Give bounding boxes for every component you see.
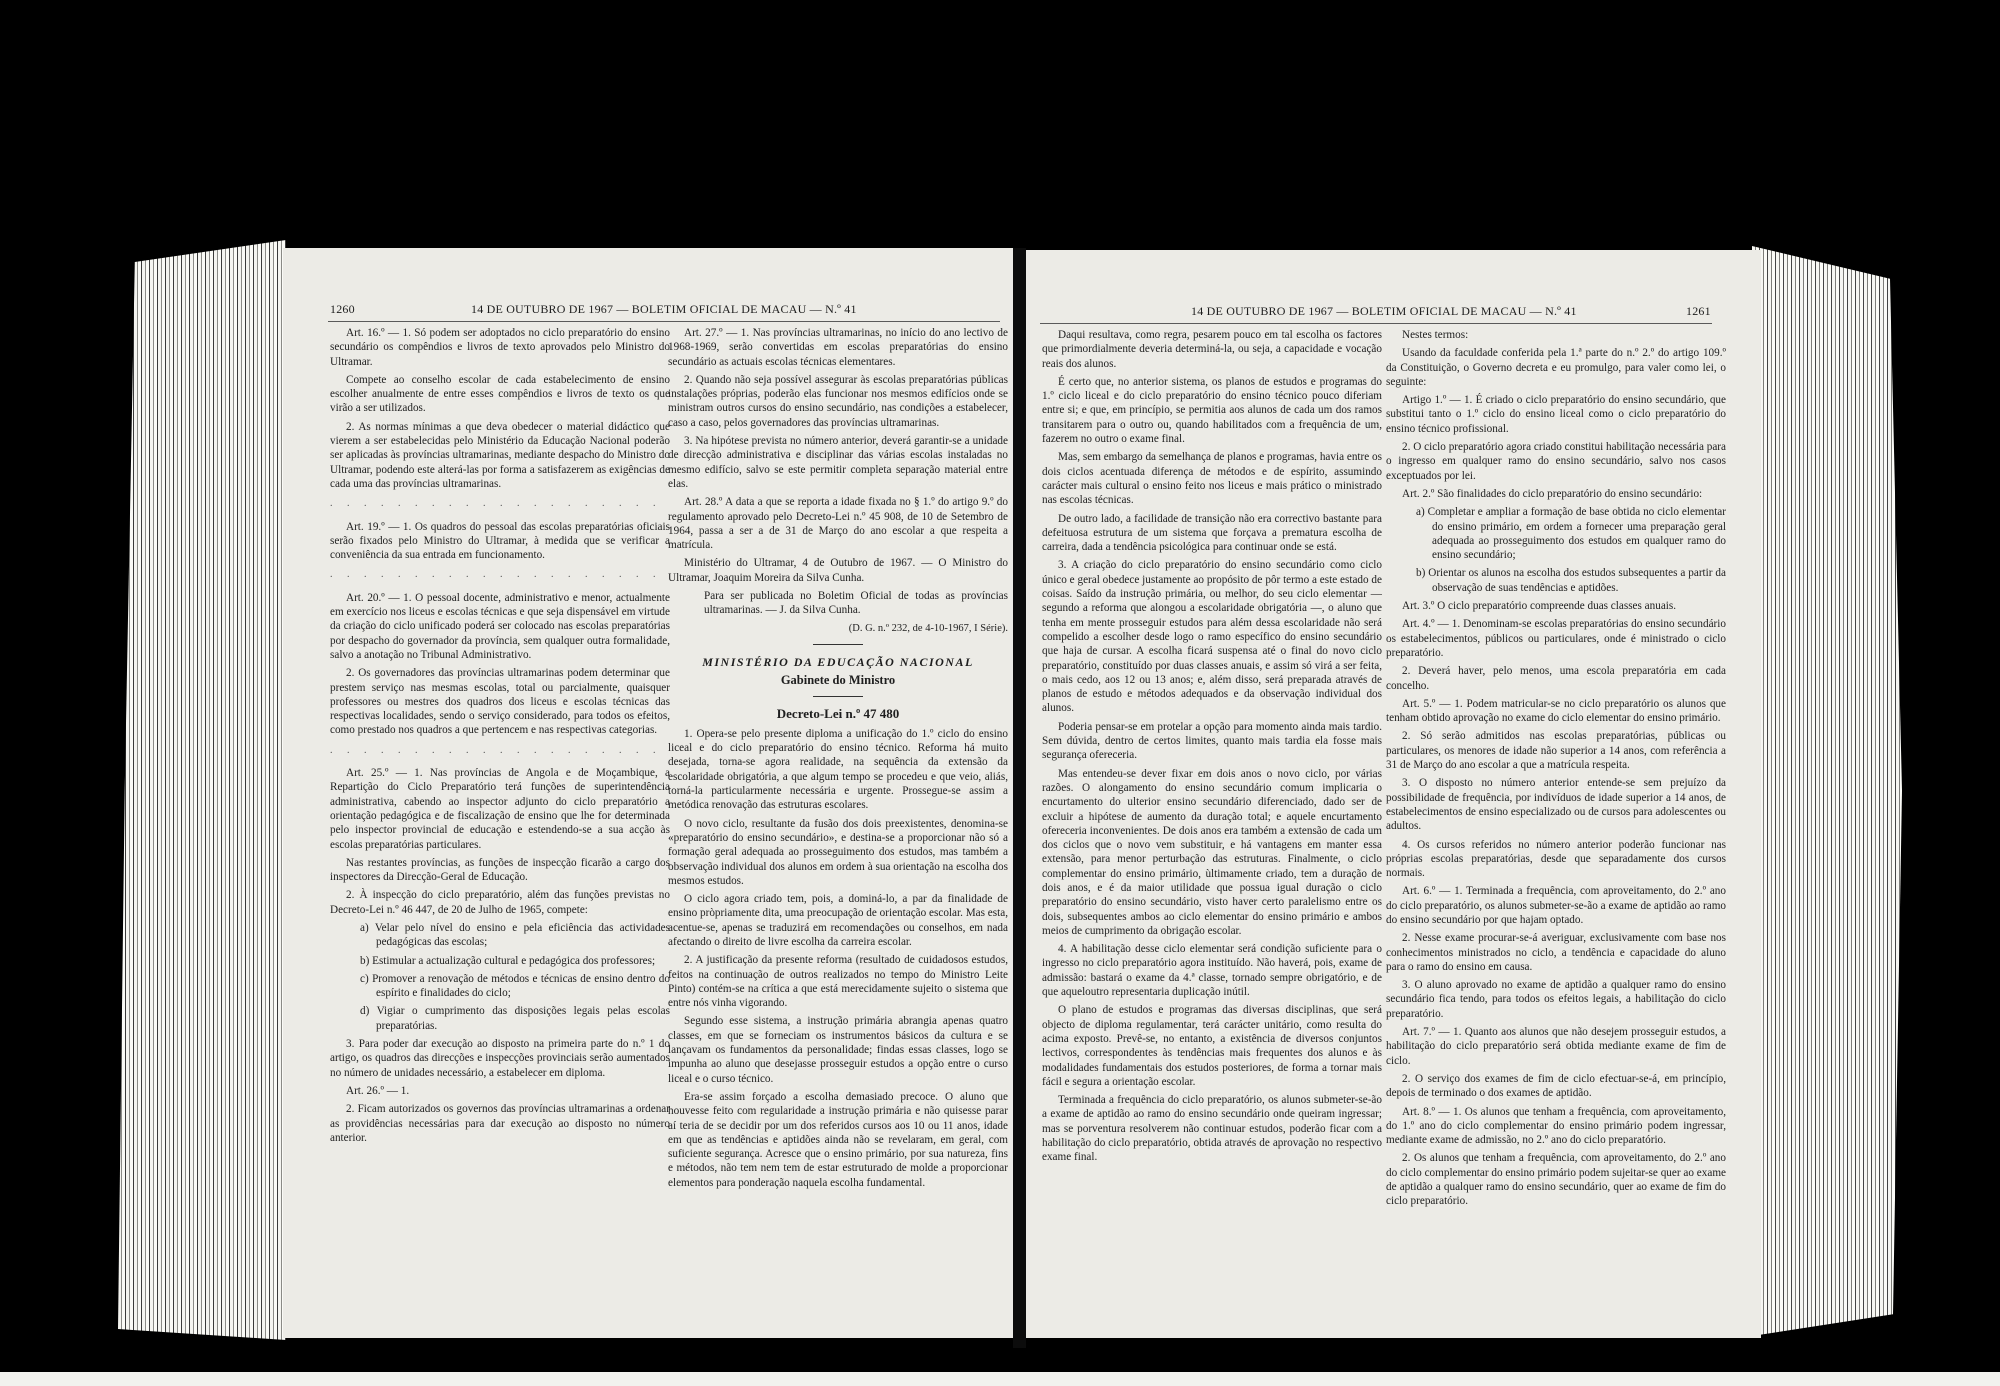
- paragraph: O plano de estudos e programas das diver…: [1042, 1003, 1382, 1089]
- paragraph: Art. 25.º — 1. Nas províncias de Angola …: [330, 766, 670, 852]
- book-gutter: [1013, 248, 1026, 1348]
- book-page-edges-right: [1752, 246, 1902, 1336]
- paragraph: 3. O disposto no número anterior entende…: [1386, 776, 1726, 833]
- paragraph: Mas, sem embargo da semelhança de planos…: [1042, 450, 1382, 507]
- paragraph: Art. 27.º — 1. Nas províncias ultramarin…: [668, 326, 1008, 369]
- header-rule: [328, 321, 1000, 322]
- paragraph: Artigo 1.º — 1. É criado o ciclo prepara…: [1386, 393, 1726, 436]
- paragraph: Art. 28.º A data a que se reporta a idad…: [668, 495, 1008, 552]
- paragraph: Mas entendeu-se dever fixar em dois anos…: [1042, 767, 1382, 939]
- left-page-column-1: Art. 16.º — 1. Só podem ser adoptados no…: [330, 326, 670, 1149]
- paragraph: 2. Ficam autorizados os governos das pro…: [330, 1102, 670, 1145]
- paragraph: Segundo esse sistema, a instrução primár…: [668, 1014, 1008, 1085]
- right-page: 14 DE OUTUBRO DE 1967 — BOLETIM OFICIAL …: [1026, 250, 1761, 1338]
- paragraph: Art. 7.º — 1. Quanto aos alunos que não …: [1386, 1025, 1726, 1068]
- publication-note: Para ser publicada no Boletim Oficial de…: [668, 589, 1008, 618]
- paragraph: 2. Os alunos que tenham a frequência, co…: [1386, 1151, 1726, 1208]
- page-number: 1261: [1686, 304, 1711, 319]
- paragraph: Terminada a frequência do ciclo preparat…: [1042, 1093, 1382, 1164]
- paragraph: Art. 20.º — 1. O pessoal docente, admini…: [330, 591, 670, 662]
- paragraph: Art. 26.º — 1.: [330, 1084, 670, 1098]
- ellipsis-row: . . . . . . . . . . . . . . . . . . . . …: [330, 497, 670, 511]
- paragraph: Usando da faculdade conferida pela 1.ª p…: [1386, 346, 1726, 389]
- right-page-header: 14 DE OUTUBRO DE 1967 — BOLETIM OFICIAL …: [1026, 250, 1761, 286]
- paragraph: 2. À inspecção do ciclo preparatório, al…: [330, 888, 670, 917]
- paragraph: Compete ao conselho escolar de cada esta…: [330, 373, 670, 416]
- paragraph: 2. O ciclo preparatório agora criado con…: [1386, 440, 1726, 483]
- paragraph: 3. Para poder dar execução ao disposto n…: [330, 1037, 670, 1080]
- running-head: 14 DE OUTUBRO DE 1967 — BOLETIM OFICIAL …: [471, 302, 857, 317]
- left-page: 1260 14 DE OUTUBRO DE 1967 — BOLETIM OFI…: [283, 248, 1013, 1338]
- left-page-column-2: Art. 27.º — 1. Nas províncias ultramarin…: [668, 326, 1008, 1194]
- right-page-column-2: Nestes termos: Usando da faculdade confe…: [1386, 328, 1726, 1213]
- signature-line: Ministério do Ultramar, 4 de Outubro de …: [668, 556, 1008, 585]
- paragraph: 2. Os governadores das províncias ultram…: [330, 666, 670, 737]
- section-divider: [813, 644, 863, 645]
- ministry-heading: MINISTÉRIO DA EDUCAÇÃO NACIONAL: [668, 655, 1008, 669]
- running-head: 14 DE OUTUBRO DE 1967 — BOLETIM OFICIAL …: [1191, 304, 1577, 319]
- paragraph: 3. Na hipótese prevista no número anteri…: [668, 434, 1008, 491]
- paragraph: De outro lado, a facilidade de transição…: [1042, 512, 1382, 555]
- list-item: c) Promover a renovação de métodos e téc…: [330, 972, 670, 1001]
- paragraph: Poderia pensar-se em protelar a opção pa…: [1042, 720, 1382, 763]
- paragraph: Daqui resultava, como regra, pesarem pou…: [1042, 328, 1382, 371]
- paragraph: Art. 16.º — 1. Só podem ser adoptados no…: [330, 326, 670, 369]
- paragraph: 4. Os cursos referidos no número anterio…: [1386, 838, 1726, 881]
- list-item: b) Orientar os alunos na escolha dos est…: [1386, 566, 1726, 595]
- page-number: 1260: [330, 302, 355, 317]
- paragraph: Art. 4.º — 1. Denominam-se escolas prepa…: [1386, 617, 1726, 660]
- paragraph: Art. 3.º O ciclo preparatório compreende…: [1386, 599, 1726, 613]
- paragraph: 2. Nesse exame procurar-se-á averiguar, …: [1386, 931, 1726, 974]
- scan-bottom-strip: [0, 1372, 2000, 1386]
- ellipsis-row: . . . . . . . . . . . . . . . . . . . . …: [330, 744, 670, 758]
- book-page-edges-left: [118, 240, 286, 1340]
- paragraph: Art. 2.º São finalidades do ciclo prepar…: [1386, 487, 1726, 501]
- paragraph: Nas restantes províncias, as funções de …: [330, 856, 670, 885]
- paragraph: Art. 5.º — 1. Podem matricular-se no cic…: [1386, 697, 1726, 726]
- paragraph: Era-se assim forçado a escolha demasiado…: [668, 1090, 1008, 1190]
- cabinet-heading: Gabinete do Ministro: [668, 673, 1008, 687]
- paragraph: 2. Deverá haver, pelo menos, uma escola …: [1386, 664, 1726, 693]
- list-item: a) Completar e ampliar a formação de bas…: [1386, 505, 1726, 562]
- paragraph: Nestes termos:: [1386, 328, 1726, 342]
- paragraph: O novo ciclo, resultante da fusão dos do…: [668, 817, 1008, 888]
- decree-title: Decreto-Lei n.º 47 480: [668, 707, 1008, 721]
- list-item: a) Velar pelo nível do ensino e pela efi…: [330, 921, 670, 950]
- list-item: b) Estimular a actualização cultural e p…: [330, 954, 670, 968]
- left-page-header: 1260 14 DE OUTUBRO DE 1967 — BOLETIM OFI…: [283, 248, 1013, 284]
- paragraph: 2. O serviço dos exames de fim de ciclo …: [1386, 1072, 1726, 1101]
- paragraph: 1. Opera-se pelo presente diploma a unif…: [668, 727, 1008, 813]
- source-reference: (D. G. n.º 232, de 4-10-1967, I Série).: [668, 622, 1008, 636]
- paragraph: É certo que, no anterior sistema, os pla…: [1042, 375, 1382, 446]
- paragraph: 2. As normas mínimas a que deva obedecer…: [330, 420, 670, 491]
- paragraph: 3. A criação do ciclo preparatório do en…: [1042, 558, 1382, 715]
- paragraph: 2. A justificação da presente reforma (r…: [668, 953, 1008, 1010]
- paragraph: O ciclo agora criado tem, pois, a dominá…: [668, 892, 1008, 949]
- paragraph: Art. 19.º — 1. Os quadros do pessoal das…: [330, 520, 670, 563]
- paragraph: 4. A habilitação desse ciclo elementar s…: [1042, 942, 1382, 999]
- paragraph: 2. Quando não seja possível assegurar às…: [668, 373, 1008, 430]
- ellipsis-row: . . . . . . . . . . . . . . . . . . . . …: [330, 568, 670, 582]
- header-rule: [1040, 323, 1712, 324]
- right-page-column-1: Daqui resultava, como regra, pesarem pou…: [1042, 328, 1382, 1169]
- section-divider: [813, 696, 863, 697]
- paragraph: 3. O aluno aprovado no exame de aptidão …: [1386, 978, 1726, 1021]
- paragraph: 2. Só serão admitidos nas escolas prepar…: [1386, 729, 1726, 772]
- paragraph: Art. 6.º — 1. Terminada a frequência, co…: [1386, 884, 1726, 927]
- paragraph: Art. 8.º — 1. Os alunos que tenham a fre…: [1386, 1105, 1726, 1148]
- list-item: d) Vigiar o cumprimento das disposições …: [330, 1004, 670, 1033]
